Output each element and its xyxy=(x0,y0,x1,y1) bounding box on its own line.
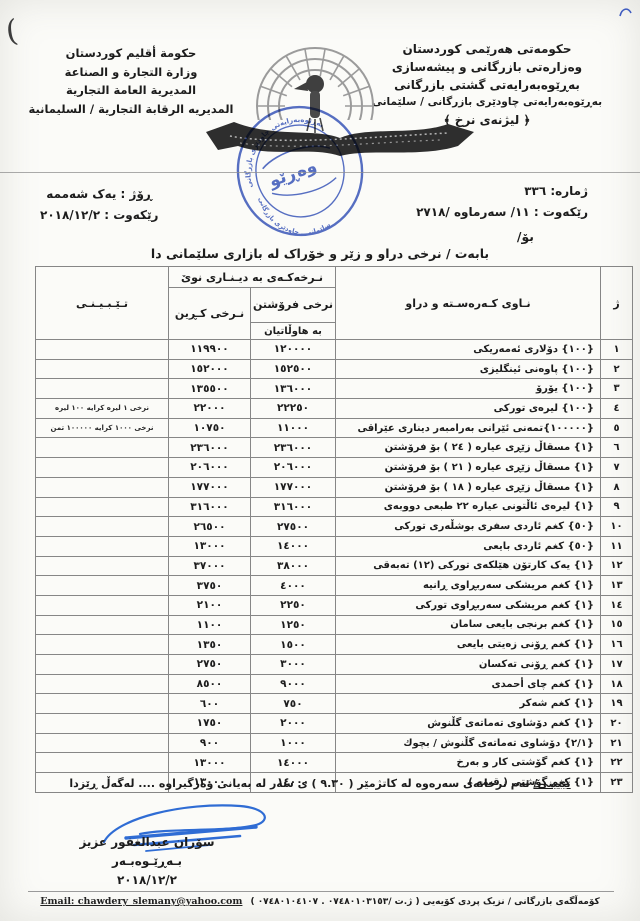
day-date-block: ڕۆژ : یەک شەممە رێكەوت : ٢٠١٨/١٢/٢ xyxy=(40,184,158,226)
sell-price-cell: ٢٢٥٠ xyxy=(251,595,336,615)
note-cell xyxy=(36,733,169,753)
table-row: ١٣ {١} كغم مریشكی سەربڕاوی ڕانیە ٤٠٠٠ ٣٧… xyxy=(36,576,633,596)
item-name-cell: {١} لیرەی ئاڵتونی عیارە ٢٢ طبعی دووبەی xyxy=(336,497,601,517)
table-row: ١١ {٥٠} كغم ئاردی بایعی ١٤٠٠٠ ١٣٠٠٠ xyxy=(36,536,633,556)
buy-price-cell: ٢٦٥٠٠ xyxy=(169,517,251,537)
row-number-cell: ١٠ xyxy=(601,517,633,537)
handwritten-paren-mark: ( xyxy=(4,13,20,49)
row-number-cell: ٩ xyxy=(601,497,633,517)
sell-price-cell: ٢٧٥٠٠ xyxy=(251,517,336,537)
item-name-cell: {١} كغم برنجی بایعی سامان xyxy=(336,615,601,635)
row-number-cell: ٢٢ xyxy=(601,753,633,773)
row-number-cell: ٥ xyxy=(601,418,633,438)
row-number-cell: ١٦ xyxy=(601,635,633,655)
table-row: ١ {١٠٠} دۆلاری ئەمەریكی ١٢٠٠٠٠ ١١٩٩٠٠ xyxy=(36,340,633,360)
item-name-cell: {١} كغم مریشكی سەربڕاوی توركی xyxy=(336,595,601,615)
subject-line: بابەت / نرخی دراو و زێر و خۆراک له بازار… xyxy=(0,246,640,261)
item-name-cell: {١} كغم گۆشتی كار و بەرخ xyxy=(336,753,601,773)
sell-price-cell: ١٧٧٠٠٠ xyxy=(251,477,336,497)
item-name-cell: {٥٠} كغم ئاردی سفری بوشڵەری توركی xyxy=(336,517,601,537)
col-header-price-group: نـرخەكـەی بە دیـنـاری نوێ xyxy=(169,267,336,288)
ref-number: ژماره: ٣٣٦ xyxy=(416,181,588,202)
col-header-note: تـێـبـیـنـی xyxy=(36,267,169,340)
sell-price-cell: ١٤٠٠٠ xyxy=(251,753,336,773)
price-table-body: ١ {١٠٠} دۆلاری ئەمەریكی ١٢٠٠٠٠ ١١٩٩٠٠ ٢ … xyxy=(36,340,633,793)
table-row: ١٠ {٥٠} كغم ئاردی سفری بوشڵەری توركی ٢٧٥… xyxy=(36,517,633,537)
item-name-cell: {١٠٠} پاوەنی ئینگلیزی xyxy=(336,359,601,379)
pen-tick-mark xyxy=(617,4,635,20)
footer-divider-line xyxy=(28,891,614,892)
table-row: ٨ {١} مسقاڵ زێڕی عیارە ( ١٨ ) بۆ فرۆشتن … xyxy=(36,477,633,497)
sell-price-cell: ١٢٠٠٠٠ xyxy=(251,340,336,360)
table-row: ٢٠ {١} كغم دۆشاوی تەماتەی گڵنوش ٢٠٠٠ ١٧٥… xyxy=(36,714,633,734)
footnote-label: تێبینی/ xyxy=(533,777,570,790)
row-number-cell: ٢٠ xyxy=(601,714,633,734)
sell-price-cell: ٣١٦٠٠٠ xyxy=(251,497,336,517)
note-cell xyxy=(36,438,169,458)
sell-price-cell: ١٠٠٠ xyxy=(251,733,336,753)
row-number-cell: ١٥ xyxy=(601,615,633,635)
table-row: ١٤ {١} كغم مریشكی سەربڕاوی توركی ٢٢٥٠ ٢١… xyxy=(36,595,633,615)
note-cell xyxy=(36,517,169,537)
item-name-cell: {١} كغم ڕۆنی زەیتی بایعی xyxy=(336,635,601,655)
row-number-cell: ٨ xyxy=(601,477,633,497)
sell-price-cell: ٣٠٠٠ xyxy=(251,655,336,675)
sell-price-cell: ٧٥٠ xyxy=(251,694,336,714)
price-table: ژ نـاوی كـەرەسـتە و دراو نـرخەكـەی بە دی… xyxy=(35,266,633,793)
footnote-text: ئەم نرخانەی سەرەوە لە كاتژمێر ( ٩.٣٠ ) ی… xyxy=(69,777,533,790)
row-number-cell: ٢ xyxy=(601,359,633,379)
svg-text:وەڕێو: وەڕێو xyxy=(265,156,319,192)
buy-price-cell: ٢٢٠٠٠ xyxy=(169,399,251,419)
note-cell xyxy=(36,595,169,615)
note-cell: نرخی ١٠٠٠ كرایە ١٠٠٠٠٠ تمن xyxy=(36,418,169,438)
item-name-cell: {١٠٠٠٠٠}تمەنی ئێرانی بەرامبەر دیناری عێر… xyxy=(336,418,601,438)
item-name-cell: {١} كغم شەكر xyxy=(336,694,601,714)
item-name-cell: {١٠٠} لیرەی توركی xyxy=(336,399,601,419)
note-cell xyxy=(36,477,169,497)
buy-price-cell: ١١٠٠ xyxy=(169,615,251,635)
item-name-cell: {١} مسقاڵ زێڕی عیارە ( ٢١ ) بۆ فرۆشتن xyxy=(336,458,601,478)
sell-price-cell: ١١٠٠٠ xyxy=(251,418,336,438)
sell-price-cell: ١٥٠٠ xyxy=(251,635,336,655)
email-address: Email: chawdery_slemany@yahoo.com xyxy=(40,896,242,907)
buy-price-cell: ٩٠٠ xyxy=(169,733,251,753)
table-row: ٢١ {٢/١} دۆشاوی تەماتەی گڵنوش / بچوك ١٠٠… xyxy=(36,733,633,753)
signature-date: ٢٠١٨/١٢/٢ xyxy=(52,871,242,890)
item-name-cell: {١} مسقاڵ زێڕی عیارە ( ٢٤ ) بۆ فرۆشتن xyxy=(336,438,601,458)
svg-text:سلێمانی ـ چاودێری بازرگانی: سلێمانی ـ چاودێری بازرگانی xyxy=(257,184,333,246)
buy-price-cell: ٣١٦٠٠٠ xyxy=(169,497,251,517)
table-row: ٣ {١٠٠} یۆرۆ ١٣٦٠٠٠ ١٣٥٥٠٠ xyxy=(36,379,633,399)
item-name-cell: {١} كغم چای أحمدی xyxy=(336,674,601,694)
day-line: ڕۆژ : یەک شەممە xyxy=(40,184,158,205)
note-cell xyxy=(36,340,169,360)
item-name-cell: {١} مسقاڵ زێڕی عیارە ( ١٨ ) بۆ فرۆشتن xyxy=(336,477,601,497)
footer-contact-line: Email: chawdery_slemany@yahoo.com كۆمەڵگ… xyxy=(0,896,640,907)
note-cell xyxy=(36,635,169,655)
buy-price-cell: ١٣٥٠ xyxy=(169,635,251,655)
note-cell xyxy=(36,655,169,675)
row-number-cell: ١٢ xyxy=(601,556,633,576)
date-gregorian: رێكەوت : ٢٠١٨/١٢/٢ xyxy=(40,205,158,226)
row-number-cell: ٣ xyxy=(601,379,633,399)
buy-price-cell: ٢١٠٠ xyxy=(169,595,251,615)
item-name-cell: {١} كغم مریشكی سەربڕاوی ڕانیە xyxy=(336,576,601,596)
sell-price-cell: ١٥٢٥٠٠ xyxy=(251,359,336,379)
row-number-cell: ٦ xyxy=(601,438,633,458)
row-number-cell: ٧ xyxy=(601,458,633,478)
sell-price-cell: ٢٢٢٥٠ xyxy=(251,399,336,419)
note-cell xyxy=(36,615,169,635)
org-and-phones: كۆمەڵگەی بازرگانی / نزیک پردی كۆیەیی ( ژ… xyxy=(250,897,599,907)
note-cell xyxy=(36,497,169,517)
buy-price-cell: ٣٧٥٠ xyxy=(169,576,251,596)
note-cell xyxy=(36,674,169,694)
table-row: ١٥ {١} كغم برنجی بایعی سامان ١٢٥٠ ١١٠٠ xyxy=(36,615,633,635)
buy-price-cell: ١٣٠٠٠ xyxy=(169,753,251,773)
sell-price-cell: ٢٠٠٠ xyxy=(251,714,336,734)
buy-price-cell: ١٧٧٠٠٠ xyxy=(169,477,251,497)
table-row: ٤ {١٠٠} لیرەی توركی ٢٢٢٥٠ ٢٢٠٠٠ نرخی ١ ل… xyxy=(36,399,633,419)
table-row: ٦ {١} مسقاڵ زێڕی عیارە ( ٢٤ ) بۆ فرۆشتن … xyxy=(36,438,633,458)
col-header-buy: نـرخی كـڕین xyxy=(169,288,251,340)
buy-price-cell: ٢٣٦٠٠٠ xyxy=(169,438,251,458)
sell-price-cell: ٩٠٠٠ xyxy=(251,674,336,694)
col-header-sell: نرخی فرۆشتن xyxy=(251,288,336,323)
buy-price-cell: ١٧٥٠ xyxy=(169,714,251,734)
item-name-cell: {١٠٠} دۆلاری ئەمەریكی xyxy=(336,340,601,360)
note-cell xyxy=(36,379,169,399)
table-row: ١٧ {١} كغم ڕۆنی تەكسان ٣٠٠٠ ٢٧٥٠ xyxy=(36,655,633,675)
row-number-cell: ٤ xyxy=(601,399,633,419)
table-row: ١٦ {١} كغم ڕۆنی زەیتی بایعی ١٥٠٠ ١٣٥٠ xyxy=(36,635,633,655)
note-cell xyxy=(36,556,169,576)
sell-price-cell: ٤٠٠٠ xyxy=(251,576,336,596)
buy-price-cell: ١٥٢٠٠٠ xyxy=(169,359,251,379)
table-row: ٥ {١٠٠٠٠٠}تمەنی ئێرانی بەرامبەر دیناری ع… xyxy=(36,418,633,438)
table-row: ٧ {١} مسقاڵ زێڕی عیارە ( ٢١ ) بۆ فرۆشتن … xyxy=(36,458,633,478)
blue-official-stamp: بەڕێوەبەرایەتی چاودێری بازرگانی سلێمانی … xyxy=(221,91,378,251)
signer-title: بـەڕێـوەبـەر xyxy=(52,852,242,871)
table-row: ١٩ {١} كغم شەكر ٧٥٠ ٦٠٠ xyxy=(36,694,633,714)
buy-price-cell: ١٣٥٥٠٠ xyxy=(169,379,251,399)
buy-price-cell: ٢٧٥٠ xyxy=(169,655,251,675)
scanned-document-page: ( حكومەتی هەرێمی كوردستان وەزارەتی بازرگ… xyxy=(0,0,640,921)
note-cell xyxy=(36,694,169,714)
item-name-cell: {١} كغم ڕۆنی تەكسان xyxy=(336,655,601,675)
item-name-cell: {٥٠} كغم ئاردی بایعی xyxy=(336,536,601,556)
row-number-cell: ١٣ xyxy=(601,576,633,596)
sell-price-cell: ١٣٦٠٠٠ xyxy=(251,379,336,399)
buy-price-cell: ٢٠٦٠٠٠ xyxy=(169,458,251,478)
buy-price-cell: ٨٥٠٠ xyxy=(169,674,251,694)
to-label: بۆ/ xyxy=(517,229,534,244)
sell-price-cell: ٣٨٠٠٠ xyxy=(251,556,336,576)
sell-price-cell: ١٢٥٠ xyxy=(251,615,336,635)
sell-price-cell: ٢٣٦٠٠٠ xyxy=(251,438,336,458)
row-number-cell: ١٧ xyxy=(601,655,633,675)
row-number-cell: ١ xyxy=(601,340,633,360)
row-number-cell: ١١ xyxy=(601,536,633,556)
row-number-cell: ١٤ xyxy=(601,595,633,615)
note-cell xyxy=(36,753,169,773)
table-row: ٢ {١٠٠} پاوەنی ئینگلیزی ١٥٢٥٠٠ ١٥٢٠٠٠ xyxy=(36,359,633,379)
table-row: ٩ {١} لیرەی ئاڵتونی عیارە ٢٢ طبعی دووبەی… xyxy=(36,497,633,517)
reference-block: ژماره: ٣٣٦ رێكەوت : ١١/ سەرماوه /٢٧١٨ xyxy=(416,181,588,223)
sell-price-cell: ١٤٠٠٠ xyxy=(251,536,336,556)
signature-block: سۆران عبدالغفور عزیز بـەڕێـوەبـەر ٢٠١٨/١… xyxy=(52,833,242,891)
table-row: ٢٢ {١} كغم گۆشتی كار و بەرخ ١٤٠٠٠ ١٣٠٠٠ xyxy=(36,753,633,773)
buy-price-cell: ١٠٧٥٠ xyxy=(169,418,251,438)
table-row: ١٨ {١} كغم چای أحمدی ٩٠٠٠ ٨٥٠٠ xyxy=(36,674,633,694)
item-name-cell: {١} كغم دۆشاوی تەماتەی گڵنوش xyxy=(336,714,601,734)
note-cell xyxy=(36,359,169,379)
note-cell: نرخی ١ لیرە كرایە ١٠٠ لیرە xyxy=(36,399,169,419)
buy-price-cell: ١١٩٩٠٠ xyxy=(169,340,251,360)
footnote-line: تێبینی/ ئەم نرخانەی سەرەوە لە كاتژمێر ( … xyxy=(0,777,640,790)
item-name-cell: {١} یەک كارتۆن هێلكەی توركی (١٢) تەبەقی xyxy=(336,556,601,576)
buy-price-cell: ٣٧٠٠٠ xyxy=(169,556,251,576)
ref-date-kurdish: رێكەوت : ١١/ سەرماوه /٢٧١٨ xyxy=(416,202,588,223)
row-number-cell: ١٩ xyxy=(601,694,633,714)
note-cell xyxy=(36,536,169,556)
buy-price-cell: ١٣٠٠٠ xyxy=(169,536,251,556)
note-cell xyxy=(36,458,169,478)
sell-price-cell: ٢٠٦٠٠٠ xyxy=(251,458,336,478)
row-number-cell: ١٨ xyxy=(601,674,633,694)
buy-price-cell: ٦٠٠ xyxy=(169,694,251,714)
col-header-no: ژ xyxy=(601,267,633,340)
note-cell xyxy=(36,576,169,596)
col-header-sell-sub: بە هاوڵاتیان xyxy=(251,323,336,340)
row-number-cell: ٢١ xyxy=(601,733,633,753)
item-name-cell: {٢/١} دۆشاوی تەماتەی گڵنوش / بچوك xyxy=(336,733,601,753)
note-cell xyxy=(36,714,169,734)
col-header-item: نـاوی كـەرەسـتە و دراو xyxy=(336,267,601,340)
table-row: ١٢ {١} یەک كارتۆن هێلكەی توركی (١٢) تەبە… xyxy=(36,556,633,576)
signer-name: سۆران عبدالغفور عزیز xyxy=(52,833,242,852)
item-name-cell: {١٠٠} یۆرۆ xyxy=(336,379,601,399)
header-divider-line xyxy=(0,172,640,173)
